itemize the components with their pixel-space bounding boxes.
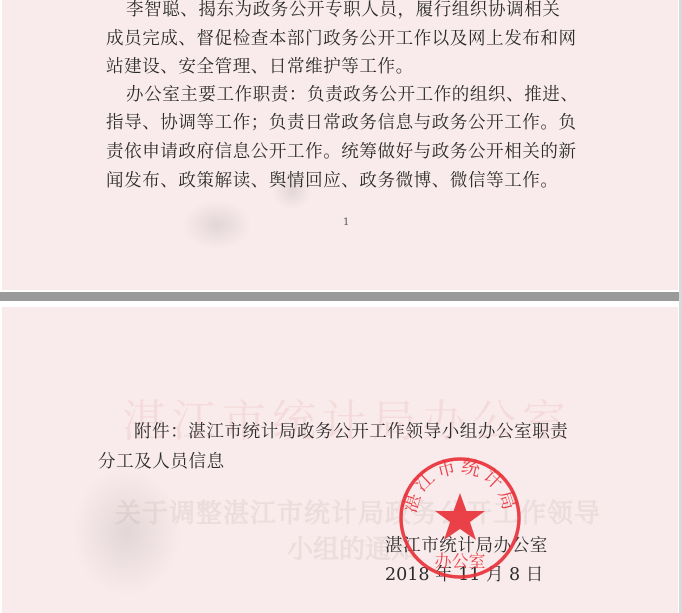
paragraph-line: 李智聪、揭东为政务公开专职人员，履行组织协调相关 [126, 0, 560, 20]
attachment-line: 附件：湛江市统计局政务公开工作领导小组办公室职责 [134, 422, 568, 442]
paragraph-line: 指导、协调等工作；负责日常政务信息与政务公开工作。负 [106, 113, 577, 133]
seal-icon: 湛江市统计局 办公室 [397, 455, 523, 581]
page-2: 湛江市统计局办公室 关于调整湛江市统计局政务公开工作领导 小组的通知 附件：湛江… [2, 305, 678, 613]
attachment-line: 分工及人员信息 [98, 452, 225, 472]
paragraph-line: 站建设、安全管理、日常维护等工作。 [106, 57, 414, 77]
scan-smudge [182, 200, 252, 250]
page-separator [0, 292, 682, 301]
paragraph-line: 责依申请政府信息公开工作。统筹做好与政务公开相关的新 [106, 142, 577, 162]
bleed-through-heading: 关于调整湛江市统计局政务公开工作领导 [115, 493, 601, 530]
paragraph-line: 办公室主要工作职责：负责政务公开工作的组织、推进、 [126, 85, 579, 105]
svg-text:办公室: 办公室 [435, 552, 486, 572]
scan-smudge [72, 467, 182, 597]
paragraph-line: 成员完成、督促检查本部门政务公开工作以及网上发布和网 [106, 29, 577, 49]
page-1: 李智聪、揭东为政务公开专职人员，履行组织协调相关 成员完成、督促检查本部门政务公… [2, 0, 678, 292]
paragraph-line: 闻发布、政策解读、舆情回应、政务微博、微信等工作。 [106, 171, 559, 191]
page-number: 1 [343, 217, 349, 228]
document-viewer[interactable]: 李智聪、揭东为政务公开专职人员，履行组织协调相关 成员完成、督促检查本部门政务公… [0, 0, 682, 613]
official-seal: 湛江市统计局 办公室 [397, 455, 523, 581]
